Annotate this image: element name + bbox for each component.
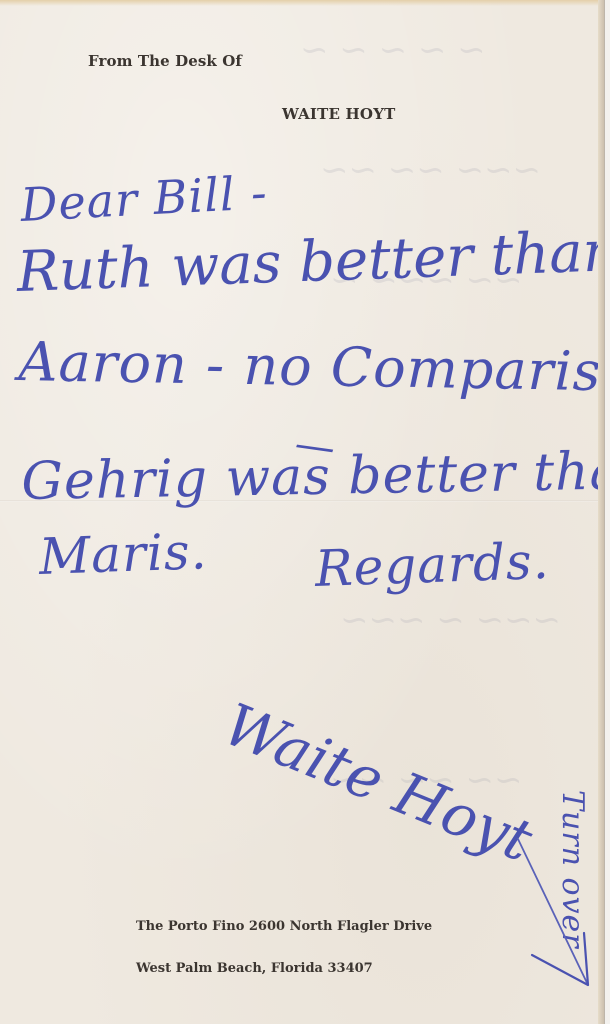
bleed-through-text: ~ ~ ~ ~ ~ [300, 30, 486, 70]
closing: Regards. [314, 532, 550, 598]
letter-line-1: Ruth was better than [16, 219, 604, 305]
letter-line-2: Aaron - no Comparison. [18, 330, 604, 405]
salutation: Dear Bill - [19, 165, 269, 232]
arrow-down-right-icon [512, 835, 602, 995]
paper-tint [0, 0, 604, 6]
footer-address-line-1: The Porto Fino 2600 North Flagler Drive [136, 919, 432, 934]
letter-sheet: ~ ~ ~ ~ ~ ~~~ ~~ ~~ ~~ ~~~ ~ ~~~ ~ ~~~ ~… [0, 0, 604, 1024]
letterhead-from-line: From The Desk Of [88, 52, 242, 70]
letterhead-name: WAITE HOYT [282, 105, 395, 123]
letter-line-4: Maris. [38, 522, 208, 586]
footer-address-line-2: West Palm Beach, Florida 33407 [136, 961, 373, 976]
letter-line-3: Gehrig was better than [21, 441, 604, 512]
signature: Waite Hoyt [215, 690, 542, 875]
scan-border [604, 0, 610, 1024]
bleed-through-text: ~~~ ~~ ~~ [320, 150, 541, 190]
bleed-through-text: ~~~ ~ ~~~ [340, 600, 561, 640]
